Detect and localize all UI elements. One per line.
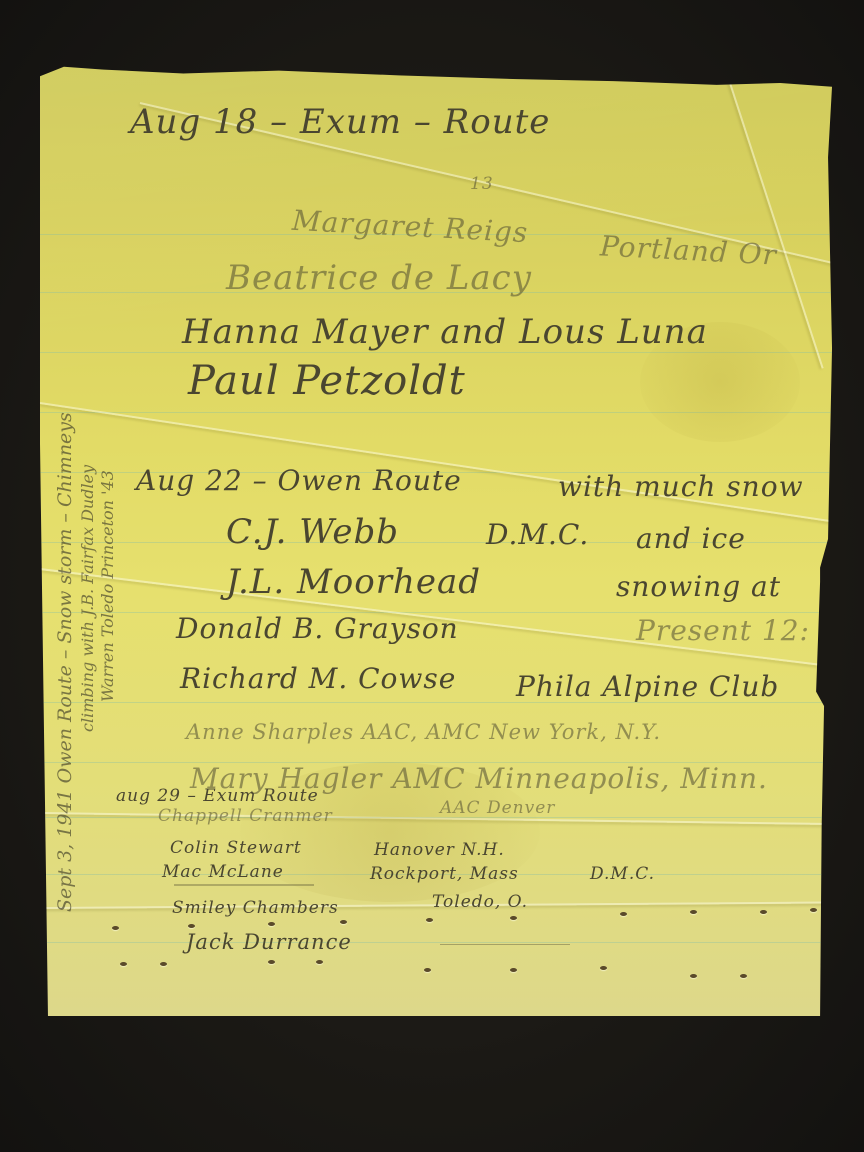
pin-hole (340, 920, 347, 924)
climber-grayson: Donald B. Grayson (176, 612, 459, 645)
climber-jack: Jack Durrance (186, 930, 352, 954)
aug22-ice: and ice (636, 522, 746, 555)
pin-hole (316, 960, 323, 964)
aug22-heading: Aug 22 – Owen Route (136, 464, 462, 497)
climber-smiley: Smiley Chambers (172, 898, 339, 918)
climber-paul: Paul Petzoldt (188, 358, 466, 404)
document-paper: Aug 18 – Exum – Route 13 Margaret Reigs … (40, 62, 836, 1016)
aug22-snowing: snowing at (616, 570, 781, 603)
pin-hole (510, 968, 517, 972)
climber-mac: Mac McLane (162, 862, 284, 882)
pin-hole (424, 968, 431, 972)
pin-hole (426, 918, 433, 922)
aug18-heading: Aug 18 – Exum – Route (130, 102, 550, 142)
climber-webb-club: D.M.C. (486, 518, 589, 551)
margin-note-warren: Warren Toledo Princeton '43 (98, 470, 117, 702)
pin-hole (740, 974, 747, 978)
pin-hole (268, 922, 275, 926)
pin-hole (690, 910, 697, 914)
climber-mac-city: Rockport, Mass (370, 864, 519, 884)
climber-moorhead: J.L. Moorhead (226, 562, 481, 602)
struck-through-name (174, 884, 314, 886)
blank-signature-line (440, 944, 570, 945)
pin-hole (112, 926, 119, 930)
climber-chappell-club: AAC Denver (440, 798, 555, 818)
climber-colin-city: Hanover N.H. (374, 840, 505, 860)
climber-cowse: Richard M. Cowse (180, 662, 456, 695)
climber-webb: C.J. Webb (226, 512, 399, 552)
pin-hole (810, 908, 817, 912)
climber-mac-club: D.M.C. (590, 864, 655, 884)
pin-hole (188, 924, 195, 928)
climber-chappell: Chappell Cranmer (158, 806, 333, 826)
climber-cowse-club: Phila Alpine Club (516, 670, 779, 703)
margin-note-sept: Sept 3, 1941 Owen Route – Snow storm – C… (54, 412, 76, 912)
pin-hole (600, 966, 607, 970)
pin-hole (268, 960, 275, 964)
aug22-conditions: with much snow (558, 470, 804, 503)
pin-hole (120, 962, 127, 966)
aug29-heading: aug 29 – Exum Route (116, 786, 319, 806)
climber-hanna: Hanna Mayer and Lous Luna (182, 312, 708, 352)
pin-hole (510, 916, 517, 920)
pin-hole (760, 910, 767, 914)
climber-margaret: Margaret Reigs (291, 204, 529, 249)
climber-anne: Anne Sharples AAC, AMC New York, N.Y. (186, 720, 661, 744)
climber-colin: Colin Stewart (170, 838, 302, 858)
climber-beatrice: Beatrice de Lacy (226, 258, 532, 298)
pin-hole (620, 912, 627, 916)
margin-note-climbing: climbing with J.B. Fairfax Dudley (78, 465, 97, 732)
aug18-note: 13 (470, 174, 494, 194)
pin-hole (690, 974, 697, 978)
climber-smiley-city: Toledo, O. (432, 892, 528, 912)
climber-margaret-city: Portland Or (599, 229, 778, 271)
aug22-present: Present 12: (636, 614, 810, 647)
pin-hole (160, 962, 167, 966)
